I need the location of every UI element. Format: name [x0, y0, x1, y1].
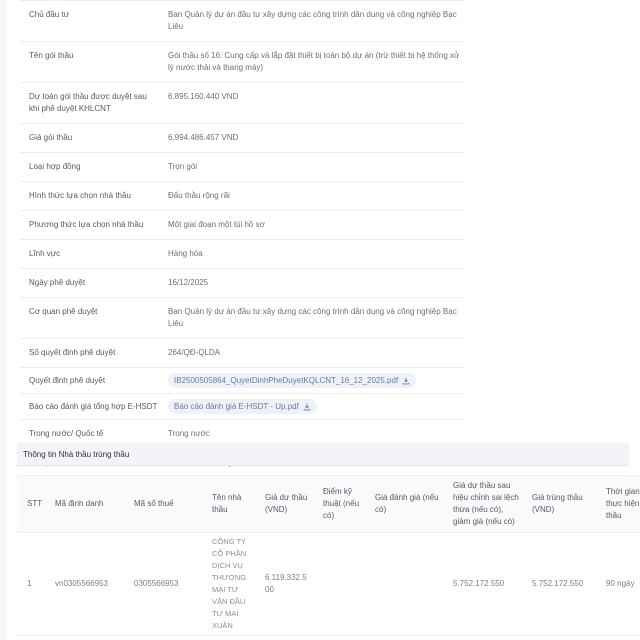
- detail-value: 6.895.160.440 VND: [159, 83, 464, 111]
- column-header: STT: [17, 498, 45, 510]
- detail-label: Phương thức lựa chọn nhà thầu: [20, 211, 159, 239]
- column-header: Mã số thuế: [124, 498, 202, 510]
- table-cell: 5.752.172.550: [443, 578, 522, 590]
- column-header: Mã định danh: [45, 498, 124, 510]
- detail-label: Tên gói thầu: [20, 42, 159, 70]
- detail-label: Số quyết định phê duyệt: [20, 339, 159, 367]
- winner-section-title: Thông tin Nhà thầu trúng thầu: [23, 450, 129, 459]
- winner-table: STTMã định danhMã số thuếTên nhà thầuGiá…: [17, 475, 640, 636]
- column-header: Tên nhà thầu: [202, 492, 255, 516]
- table-cell: 5.752.172.550: [522, 578, 596, 590]
- file-name: IB2500505864_QuyetDinhPheDuyetKQLCNT_16_…: [174, 375, 398, 386]
- detail-label: Hình thức lựa chọn nhà thầu: [20, 182, 159, 210]
- detail-row: Quyết định phê duyệtIB2500505864_QuyetDi…: [20, 368, 464, 394]
- column-header: Giá đánh giá (nếu có): [365, 492, 443, 516]
- detail-label: Chủ đầu tư: [20, 1, 159, 29]
- download-icon[interactable]: [303, 403, 311, 411]
- table-cell: 90 ngày: [596, 578, 640, 590]
- detail-row: Ngày phê duyệt16/12/2025: [20, 269, 464, 298]
- file-download-chip[interactable]: Báo cáo đánh giá E-HSDT - Up.pdf: [168, 399, 317, 414]
- detail-label: Cơ quan phê duyệt: [20, 298, 159, 326]
- column-header: Điểm kỹ thuật (nếu có): [313, 486, 365, 522]
- detail-value: Trọn gói: [159, 153, 464, 181]
- detail-value: 264/QĐ-QLDA: [159, 339, 464, 367]
- detail-value: Một giai đoạn một túi hồ sơ: [159, 211, 464, 239]
- winner-table-body: 1vn03055669530305566953CÔNG TY CỔ PHẦN D…: [17, 533, 640, 636]
- table-cell: CÔNG TY CỔ PHẦN DỊCH VỤ THƯƠNG MẠI TƯ VẤ…: [202, 536, 255, 632]
- detail-row: Hình thức lựa chọn nhà thầuĐấu thầu rộng…: [20, 182, 464, 211]
- detail-row: Số quyết định phê duyệt264/QĐ-QLDA: [20, 339, 464, 368]
- table-cell: 1: [17, 578, 45, 590]
- file-download-chip[interactable]: IB2500505864_QuyetDinhPheDuyetKQLCNT_16_…: [168, 373, 416, 388]
- detail-label: Giá gói thầu: [20, 124, 159, 152]
- detail-row: Báo cáo đánh giá tổng hợp E-HSDTBáo cáo …: [20, 394, 464, 420]
- detail-label: Ngày phê duyệt: [20, 269, 159, 297]
- package-detail-table: Chủ đầu tưBan Quản lý dự án đầu tư xây d…: [20, 0, 464, 507]
- detail-row: Phương thức lựa chọn nhà thầuMột giai đo…: [20, 211, 464, 240]
- detail-value: Đấu thầu rộng rãi: [159, 182, 464, 210]
- column-header: Giá trúng thầu (VND): [522, 492, 596, 516]
- column-header: Giá dự thầu sau hiệu chỉnh sai lệch thừa…: [443, 480, 522, 528]
- detail-row: Tên gói thầuGói thầu số 16: Cung cấp và …: [20, 42, 464, 83]
- detail-value: Ban Quản lý dự án đầu tư xây dựng các cô…: [159, 1, 464, 41]
- file-name: Báo cáo đánh giá E-HSDT - Up.pdf: [174, 401, 299, 412]
- detail-row: Giá gói thầu6.994.486.457 VND: [20, 124, 464, 153]
- detail-value: 16/12/2025: [159, 269, 464, 297]
- table-cell: 6.119.332.500: [255, 572, 313, 596]
- detail-row: Lĩnh vựcHàng hóa: [20, 240, 464, 269]
- detail-value: IB2500505864_QuyetDinhPheDuyetKQLCNT_16_…: [159, 368, 464, 393]
- detail-label: Lĩnh vực: [20, 240, 159, 268]
- page-left-gutter: [0, 0, 6, 640]
- winner-table-header: STTMã định danhMã số thuếTên nhà thầuGiá…: [17, 475, 640, 533]
- detail-row: Cơ quan phê duyệtBan Quản lý dự án đầu t…: [20, 298, 464, 339]
- table-cell: 0305566953: [124, 578, 202, 590]
- detail-value: 6.994.486.457 VND: [159, 124, 464, 152]
- column-header: Thời gian thực hiện gói thầu: [596, 486, 640, 522]
- detail-value: Gói thầu số 16: Cung cấp và lắp đặt thiế…: [159, 42, 464, 82]
- download-icon[interactable]: [402, 377, 410, 385]
- detail-value: Hàng hóa: [159, 240, 464, 268]
- detail-row: Dự toán gói thầu được duyệt sau khi phê …: [20, 83, 464, 124]
- detail-row: Chủ đầu tưBan Quản lý dự án đầu tư xây d…: [20, 0, 464, 42]
- detail-value: Ban Quản lý dự án đầu tư xây dựng các cô…: [159, 298, 464, 338]
- table-cell: vn0305566953: [45, 578, 124, 590]
- winner-section-header: Thông tin Nhà thầu trúng thầu: [17, 443, 629, 466]
- detail-label: Dự toán gói thầu được duyệt sau khi phê …: [20, 83, 159, 123]
- detail-label: Loại hợp đồng: [20, 153, 159, 181]
- column-header: Giá dự thầu (VND): [255, 492, 313, 516]
- detail-label: Quyết định phê duyệt: [20, 368, 159, 392]
- detail-row: Loại hợp đồngTrọn gói: [20, 153, 464, 182]
- detail-label: Báo cáo đánh giá tổng hợp E-HSDT: [20, 394, 159, 418]
- detail-value: Báo cáo đánh giá E-HSDT - Up.pdf: [159, 394, 464, 419]
- table-row: 1vn03055669530305566953CÔNG TY CỔ PHẦN D…: [17, 533, 640, 636]
